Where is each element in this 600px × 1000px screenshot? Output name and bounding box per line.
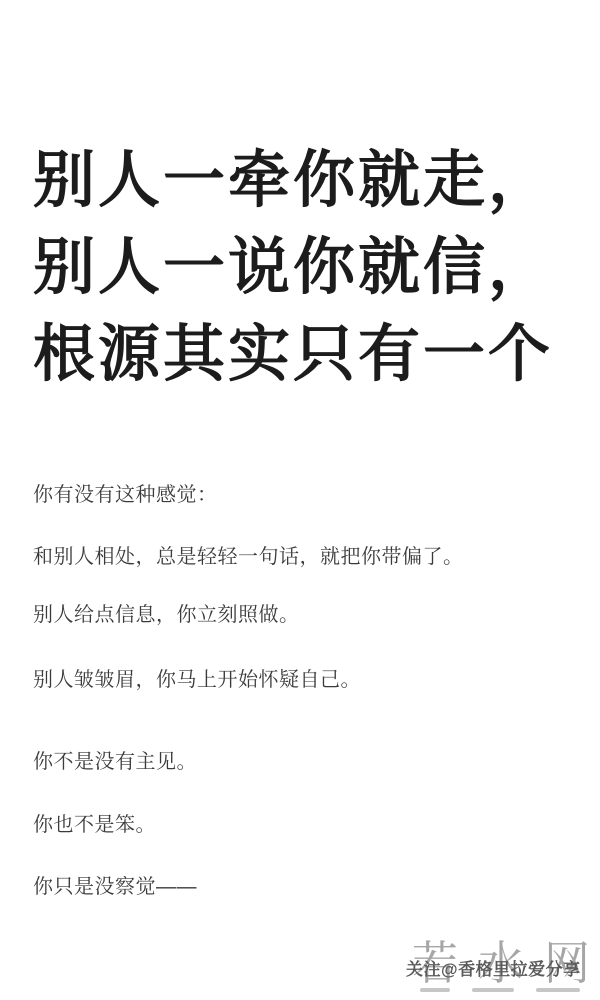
fineprint-segment: [472, 988, 514, 992]
body-paragraph-7: 你只是没察觉——: [33, 874, 583, 900]
fineprint-segment: [420, 988, 450, 992]
headline-line-3: 根源其实只有一个: [33, 311, 593, 398]
body-paragraph-5: 你不是没有主见。: [33, 749, 583, 775]
watermark-fineprint: [420, 988, 580, 992]
body-paragraph-3: 别人给点信息，你立刻照做。: [33, 602, 583, 628]
headline-line-1: 别人一牵你就走，: [33, 137, 593, 224]
watermark-handle: 关注@香格里拉爱分享: [406, 960, 581, 980]
headline: 别人一牵你就走， 别人一说你就信， 根源其实只有一个: [33, 137, 593, 398]
article-body: 你有没有这种感觉： 和别人相处，总是轻轻一句话，就把你带偏了。 别人给点信息，你…: [33, 482, 583, 900]
body-paragraph-4: 别人皱皱眉，你马上开始怀疑自己。: [33, 667, 583, 693]
body-paragraph-2: 和别人相处，总是轻轻一句话，就把你带偏了。: [33, 544, 583, 570]
body-paragraph-6: 你也不是笨。: [33, 812, 583, 838]
body-paragraph-1: 你有没有这种感觉：: [33, 482, 583, 508]
fineprint-segment: [536, 988, 580, 992]
text-post-image: 别人一牵你就走， 别人一说你就信， 根源其实只有一个 你有没有这种感觉： 和别人…: [0, 0, 600, 1000]
watermark: 若水网 关注@香格里拉爱分享: [400, 935, 600, 1000]
headline-line-2: 别人一说你就信，: [33, 224, 593, 311]
